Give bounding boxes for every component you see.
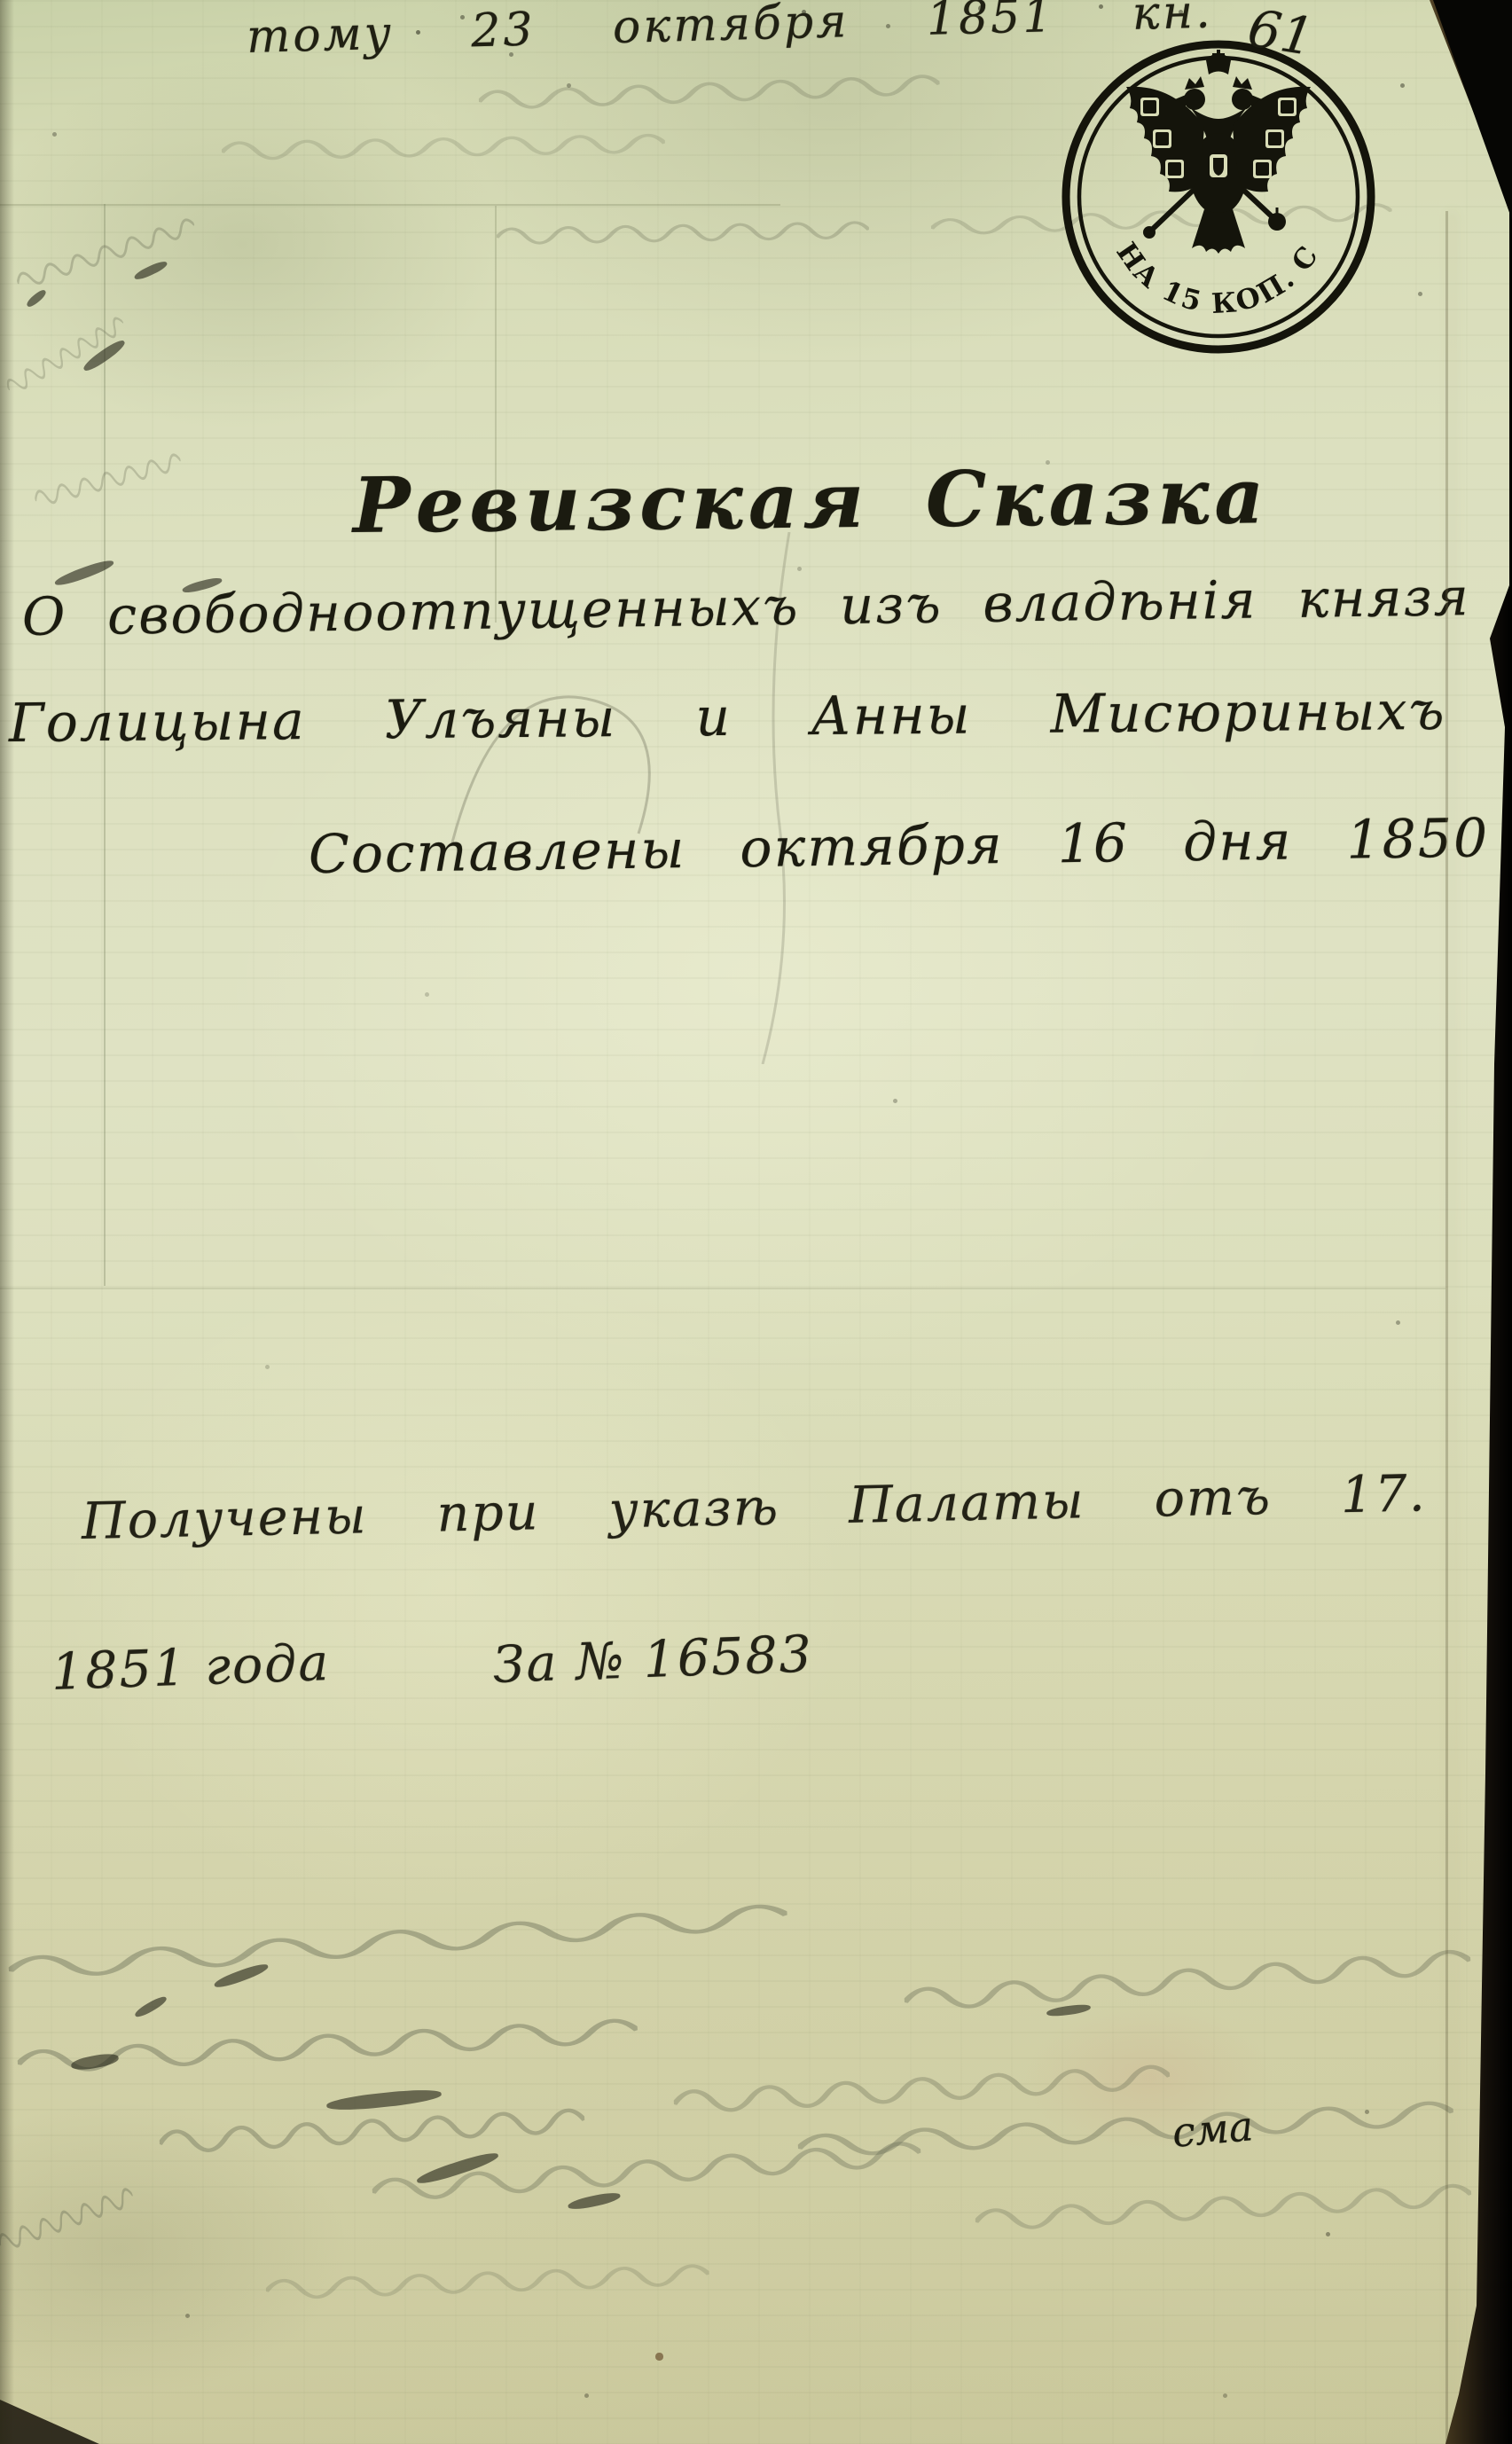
ink-smudge	[326, 2087, 443, 2113]
dark-corner-bottom-left	[0, 2384, 99, 2444]
corner-note: сма	[1171, 2105, 1255, 2153]
receipt-number: За № 16583	[492, 1629, 814, 1691]
ink-smudge	[25, 288, 48, 309]
ink-smudge	[415, 2150, 500, 2188]
left-edge-shadow	[0, 0, 14, 2444]
document-page: ЦѢНА 15 КОП. СЕР. тому 23 октября 1851 к…	[0, 0, 1512, 2444]
ink-smudge	[133, 259, 168, 282]
double-headed-eagle-icon	[1126, 50, 1311, 254]
torn-right-edge	[1406, 0, 1512, 2444]
bleedthrough-ghost-line	[673, 2054, 1171, 2129]
bleedthrough-ghost-line	[265, 2255, 709, 2313]
ghost-column-rule	[495, 206, 497, 623]
bleedthrough-ghost-line	[903, 1938, 1472, 2027]
ink-smudge	[213, 1961, 270, 1990]
ink-smudge	[1046, 2003, 1092, 2018]
bleedthrough-ghost-line	[497, 214, 870, 255]
bleedthrough-ghost-line	[7, 1892, 789, 1996]
document-title: Ревизская Сказка	[353, 458, 1270, 544]
receipt-line: Получены при указѣ Палаты отъ 17. октябр…	[81, 1462, 1512, 1547]
body-line: Составлены октября 16 дня 1850 года	[309, 809, 1512, 881]
ghost-row-rule	[0, 204, 780, 206]
body-line: О свободноотпущенныхъ изъ владѣнія князя	[22, 570, 1471, 643]
body-line: Голицына Улъяны и Анны Мисюриныхъ	[9, 685, 1446, 750]
ink-smudge	[567, 2190, 621, 2212]
folio-number: 61	[1244, 2, 1317, 63]
bleedthrough-ghost-line	[17, 2007, 639, 2089]
bleedthrough-ghost-line	[31, 445, 186, 519]
bleedthrough-ghost-line	[12, 209, 200, 301]
bleedthrough-ghost-line	[159, 2097, 586, 2169]
price-stamp: ЦѢНА 15 КОП. СЕР.	[1057, 35, 1380, 358]
laid-paper-texture	[0, 0, 1512, 2444]
bleedthrough-ghost-line	[0, 309, 133, 406]
bleedthrough-ghost-line	[478, 66, 940, 122]
page-crease	[1445, 211, 1448, 2444]
ghost-row-rule	[0, 1288, 1445, 1289]
ink-smudge	[53, 557, 115, 588]
paper-mottling	[0, 0, 1512, 2444]
ink-smudge	[133, 1994, 168, 2020]
bleedthrough-ghost-line	[371, 2130, 922, 2218]
bleedthrough-ghost-line	[975, 2174, 1473, 2245]
bleedthrough-ghost-line	[0, 2179, 140, 2264]
dark-corner-top-right	[1421, 0, 1512, 220]
receipt-year: 1851 года	[51, 1638, 331, 1698]
ink-smudge	[70, 2051, 120, 2072]
bleedthrough-ghost-line	[222, 125, 666, 172]
ink-smudge	[82, 337, 128, 373]
bleedthrough-ghost-line	[797, 2089, 1455, 2174]
